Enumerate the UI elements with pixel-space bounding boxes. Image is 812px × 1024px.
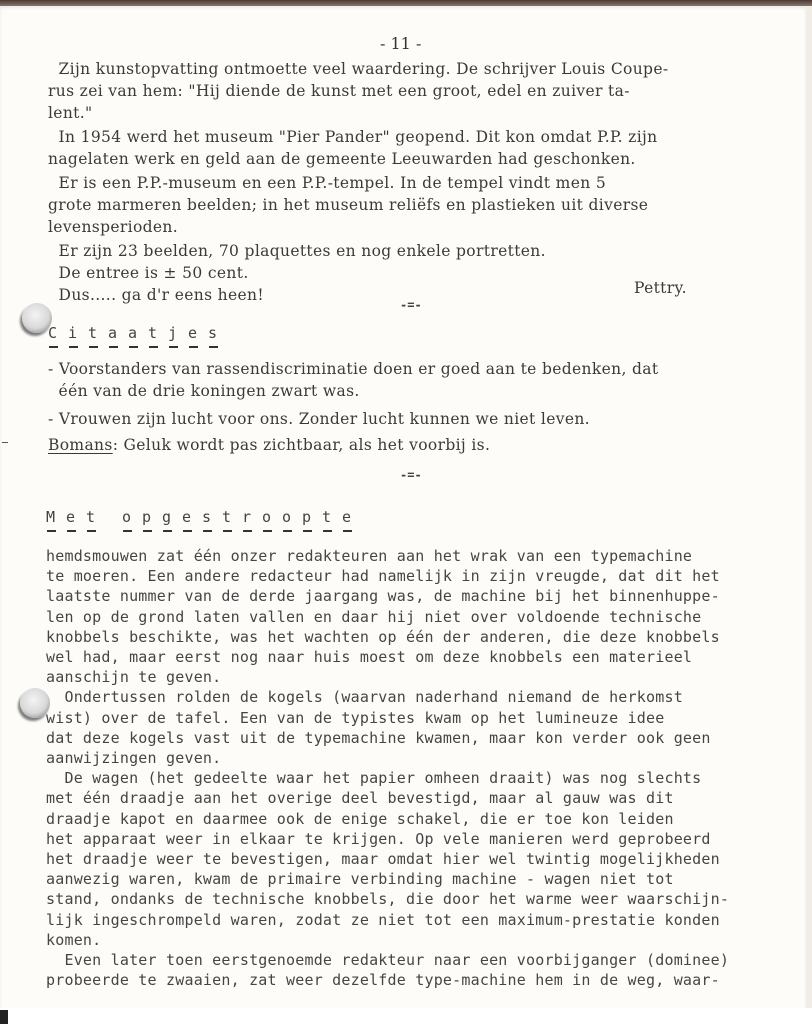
- heading-letter: t: [86, 508, 106, 528]
- text-line: Even later toen eerstgenoemde redakteur …: [46, 951, 729, 969]
- heading-letter: r: [242, 508, 262, 528]
- bomans-label: Bomans: [48, 436, 113, 454]
- page-number: - 11 -: [380, 34, 421, 53]
- text-line: In 1954 werd het museum "Pier Pander" ge…: [48, 128, 658, 146]
- text-line: Er is een P.P.-museum en een P.P.-tempel…: [48, 174, 606, 192]
- margin-mark: [2, 442, 8, 443]
- text-line: dat deze kogels vast uit de typemachine …: [46, 729, 711, 747]
- scan-right-edge: [806, 6, 812, 1010]
- text-line: wist) over de tafel. Een van de typistes…: [46, 709, 664, 727]
- heading-letter: p: [302, 508, 322, 528]
- text-line: stand, ondanks de technische knobbels, d…: [46, 890, 729, 908]
- heading-letter: e: [188, 324, 208, 344]
- heading-letter: a: [128, 324, 148, 344]
- heading-letter: t: [322, 508, 342, 528]
- heading-letter: t: [148, 324, 168, 344]
- text-line: te moeren. Een andere redacteur had name…: [46, 567, 720, 585]
- text-line: draadje kapot en daarmee ook de enige sc…: [46, 810, 674, 828]
- text-line: aanwezig waren, kwam de primaire verbind…: [46, 870, 674, 888]
- heading-letter: i: [68, 324, 88, 344]
- heading-citaatjes: Citaatjes: [48, 324, 228, 344]
- text-line: het draadje weer te bevestigen, maar omd…: [46, 850, 720, 868]
- heading-letter: g: [162, 508, 182, 528]
- text-line: Zijn kunstopvatting ontmoette veel waard…: [48, 60, 668, 78]
- scan-bottom-edge: [0, 1008, 812, 1024]
- separator: -=-: [400, 468, 422, 482]
- heading-letter: s: [202, 508, 222, 528]
- text-line: len op de grond laten vallen en daar hij…: [46, 608, 701, 626]
- heading-letter: e: [342, 508, 362, 528]
- text-line: nagelaten werk en geld aan de gemeente L…: [48, 150, 636, 168]
- heading-letter: e: [66, 508, 86, 528]
- heading-letter: s: [208, 324, 228, 344]
- heading-letter: C: [48, 324, 68, 344]
- text-line: komen.: [46, 931, 101, 949]
- text-line: grote marmeren beelden; in het museum re…: [48, 196, 648, 214]
- text-line: aanwijzingen geven.: [46, 749, 221, 767]
- document-page: - 11 - Zijn kunstopvatting ontmoette vee…: [0, 6, 808, 1011]
- bomans-quote: Bomans: Geluk wordt pas zichtbaar, als h…: [48, 436, 490, 454]
- scan-corner: [0, 1010, 8, 1024]
- text-line: De entree is ± 50 cent.: [48, 264, 249, 282]
- quote-line: - Voorstanders van rassendiscriminatie d…: [48, 360, 658, 378]
- text-line: lent.": [48, 104, 93, 122]
- heading-met-opgestroopte: Metopgestroopte: [46, 508, 362, 528]
- text-line: knobbels beschikte, was het wachten op é…: [46, 628, 720, 646]
- heading-letter: p: [142, 508, 162, 528]
- quote-line: - Vrouwen zijn lucht voor ons. Zonder lu…: [48, 410, 590, 428]
- punch-hole: [20, 688, 50, 718]
- signature: Pettry.: [634, 279, 687, 297]
- text-line: aanschijn te geven.: [46, 668, 221, 686]
- heading-letter: t: [222, 508, 242, 528]
- heading-letter: t: [88, 324, 108, 344]
- text-line: Er zijn 23 beelden, 70 plaquettes en nog…: [48, 242, 546, 260]
- text-line: rus zei van hem: "Hij diende de kunst me…: [48, 82, 630, 100]
- text-line: Dus..... ga d'r eens heen!: [48, 286, 264, 304]
- text-line: met één draadje aan het overige deel bev…: [46, 789, 674, 807]
- text-line: Ondertussen rolden de kogels (waarvan na…: [46, 688, 683, 706]
- heading-letter: a: [108, 324, 128, 344]
- separator: -=-: [400, 298, 422, 312]
- text-line: hemdsmouwen zat één onzer redakteuren aa…: [46, 547, 692, 565]
- bomans-text: : Geluk wordt pas zichtbaar, als het voo…: [113, 436, 491, 454]
- text-line: wel had, maar eerst nog naar huis moest …: [46, 648, 692, 666]
- heading-letter: o: [122, 508, 142, 528]
- heading-letter: e: [182, 508, 202, 528]
- text-line: levensperioden.: [48, 218, 178, 236]
- heading-letter: o: [262, 508, 282, 528]
- heading-letter: o: [282, 508, 302, 528]
- heading-letter: M: [46, 508, 66, 528]
- text-line: probeerde te zwaaien, zat weer dezelfde …: [46, 971, 720, 989]
- text-line: het apparaat weer in elkaar te krijgen. …: [46, 830, 711, 848]
- text-line: lijk ingeschrompeld waren, zodat ze niet…: [46, 911, 720, 929]
- text-line: De wagen (het gedeelte waar het papier o…: [46, 769, 701, 787]
- quote-line: één van de drie koningen zwart was.: [48, 382, 360, 400]
- heading-letter: j: [168, 324, 188, 344]
- text-line: laatste nummer van de derde jaargang was…: [46, 587, 720, 605]
